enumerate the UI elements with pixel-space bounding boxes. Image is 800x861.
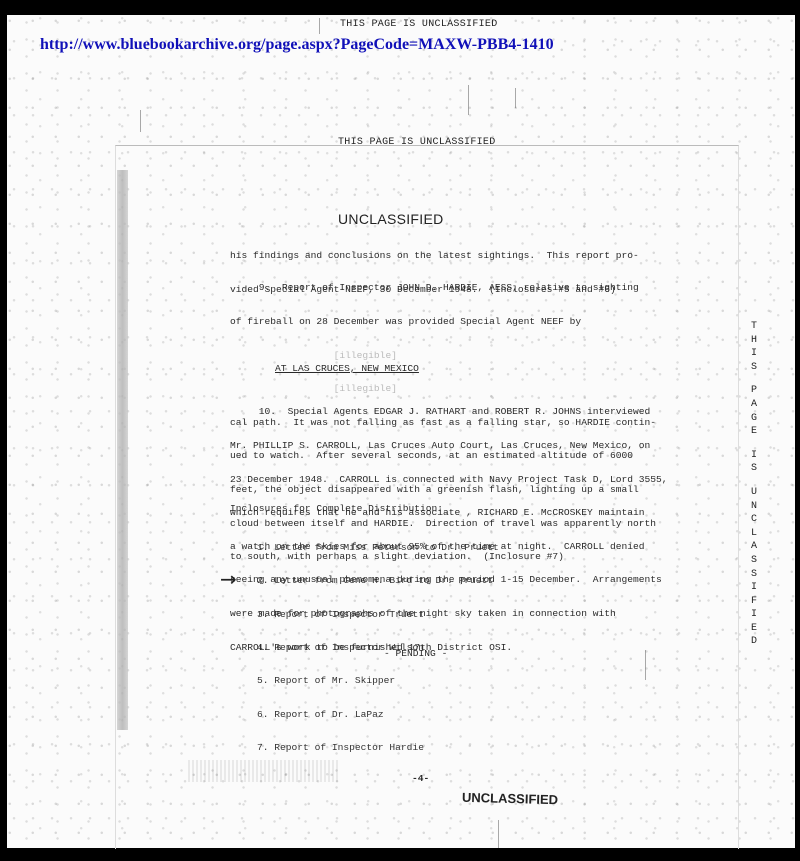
handwritten-arrow-icon: → [220,569,237,589]
inclosures-heading: Inclosures for Complete Distribution: [230,503,443,514]
letter-gap [747,439,761,449]
scan-shadow-strip [117,170,128,730]
scan-scratch [468,85,469,115]
text-line: 10. Special Agents EDGAR J. RATHART and … [230,406,668,417]
letter: G [747,412,761,426]
letter: A [747,540,761,554]
letter: E [747,622,761,636]
top-classification-banner: THIS PAGE IS UNCLASSIFIED [340,19,498,30]
text-line-illegible: [illegible] [230,350,656,361]
letter: D [747,635,761,649]
inclosure-item: 4. Report of Inspector Wilson [257,642,499,653]
letter: I [747,581,761,595]
letter: H [747,334,761,348]
letter: I [747,608,761,622]
letter: S [747,568,761,582]
text-line: 23 December 1948. CARROLL is connected w… [230,474,668,485]
letter: S [747,361,761,375]
unclassified-stamp-bottom: UNCLASSIFIED [462,790,558,808]
scan-scratch [319,18,320,34]
inclosure-item: 6. Report of Dr. LaPaz [257,709,499,720]
text-line: Mr. PHILLIP S. CARROLL, Las Cruces Auto … [230,440,668,451]
letter-gap [747,476,761,486]
letter: F [747,595,761,609]
inclosure-item: 1. Letter from Miss Peterson to Dr. Prue… [257,542,499,553]
letter: I [747,347,761,361]
text-line: 9. Report of Inspector JOHN D. HARDIE, A… [230,282,656,293]
letter: S [747,462,761,476]
page-classification-banner: THIS PAGE IS UNCLASSIFIED [338,137,496,148]
letter: P [747,384,761,398]
inclosures-list: 1. Letter from Miss Peterson to Dr. Prue… [257,520,499,764]
letter: A [747,398,761,412]
page-number: -4- [412,773,429,784]
inclosure-item: 3. Report of Inspector Truett [257,609,499,620]
letter: U [747,486,761,500]
letter: C [747,513,761,527]
letter: S [747,554,761,568]
letter: L [747,527,761,541]
unclassified-stamp-top: UNCLASSIFIED [338,211,444,227]
scan-scratch [140,110,141,132]
letter: N [747,500,761,514]
text-line: of fireball on 28 December was provided … [230,316,656,327]
side-classification-label: THISPAGEISUNCLASSIFIED [747,320,761,649]
scan-scratch [515,88,516,108]
inclosure-item: 2. Letter from Gene H. Bird to Dr. Pruet… [257,575,499,586]
inclosure-item: 5. Report of Mr. Skipper [257,675,499,686]
pending-label: - PENDING - [384,648,447,659]
letter: I [747,449,761,463]
section-heading-las-cruces: AT LAS CRUCES, NEW MEXICO [275,363,419,374]
letter-gap [747,374,761,384]
scan-scratch [498,820,499,848]
faded-stamp-smudge [188,760,338,782]
source-url-link[interactable]: http://www.bluebookarchive.org/page.aspx… [40,36,554,54]
letter: E [747,425,761,439]
letter: T [747,320,761,334]
inclosure-item: 7. Report of Inspector Hardie [257,742,499,753]
